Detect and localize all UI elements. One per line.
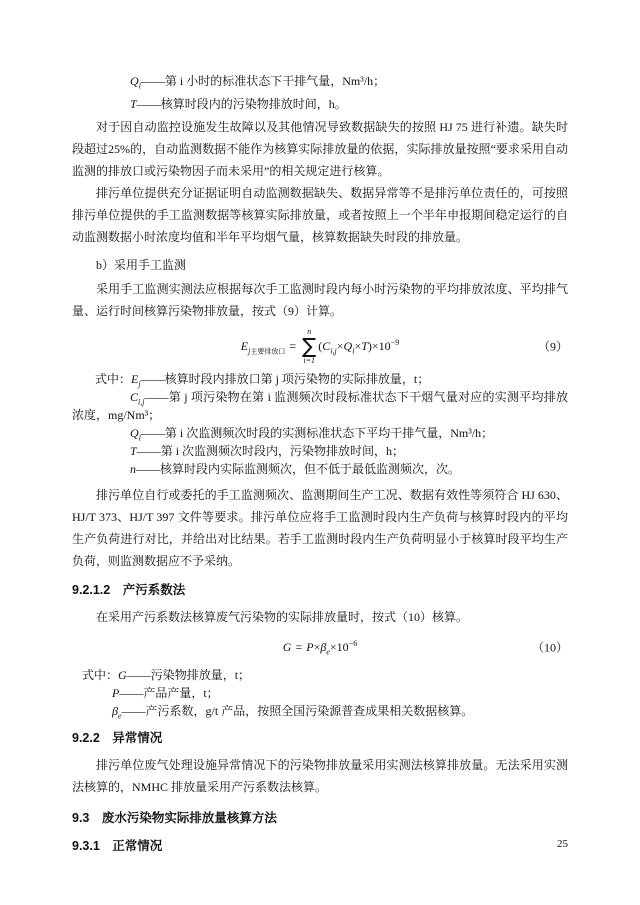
summation-symbol: n ∑ i=1	[302, 327, 316, 365]
var-symbol-T: T	[361, 339, 368, 353]
definition-line-cij: Ci,j——第 j 项污染物在第 i 监测频次时段标准状态下干烟气量对应的实测平…	[72, 388, 568, 424]
definition-text: ——核算时段内排放口第 j 项污染物的实际排放量，t；	[141, 372, 430, 386]
formula-10: G=P×βe×10−6 （10）	[72, 634, 568, 660]
definition-text: ——第 i 小时的标准状态下干排气量，Nm³/h；	[141, 74, 385, 88]
paragraph-manual-monitoring-requirements: 排污单位自行或委托的手工监测频次、监测期间生产工况、数据有效性等须符合 HJ 6…	[72, 484, 568, 572]
var-symbol-G: G	[118, 668, 127, 682]
paragraph-manual-method-intro: 采用手工监测实测法应根据每次手工监测时段内每小时污染物的平均排放浓度、平均排气量…	[72, 278, 568, 322]
definition-text: ——第 j 项污染物在第 i 监测频次时段标准状态下干烟气量对应的实测平均排放浓…	[72, 390, 568, 422]
equals-sign: =	[291, 640, 306, 654]
definition-text: ——核算时段内的污染物排放时间，h。	[137, 97, 347, 111]
var-symbol-Q: Q	[130, 74, 139, 88]
var-symbol-Q: Q	[130, 426, 139, 440]
var-symbol-C: C	[130, 390, 138, 404]
equals-sign: =	[285, 339, 300, 354]
definition-text: ——产污系数，g/t 产品，按照全国污染源普查成果相关数据核算。	[122, 704, 474, 718]
definition-line-p: P——产品产量，t；	[72, 684, 568, 702]
formula-number-9: （9）	[538, 338, 568, 355]
times-sign: ×	[337, 339, 344, 353]
var-symbol-P: P	[306, 640, 313, 654]
definition-line-t: T——核算时段内的污染物排放时间，h。	[72, 93, 568, 116]
formula-9-terms: (Ci,j×Qi×T)×10−9	[318, 339, 399, 354]
exponent: −9	[391, 338, 400, 347]
where-label: 式中：	[95, 372, 131, 386]
formula-9: Ej主要排放口 = n ∑ i=1 (Ci,j×Qi×T)×10−9 （9）	[72, 326, 568, 366]
var-symbol-T: T	[130, 97, 137, 111]
definition-line-ej: 式中：Ej——核算时段内排放口第 j 项污染物的实际排放量，t；	[72, 370, 568, 388]
exponent: −6	[349, 639, 358, 648]
heading-9-3: 9.3 废水污染物实际排放量核算方法	[72, 808, 568, 828]
formula-10-terms: G=P×βe×10−6	[283, 640, 357, 655]
page-number: 25	[557, 838, 568, 850]
definition-line-g: 式中：G——污染物排放量，t；	[72, 666, 568, 684]
var-subscript-main-outlet: 主要排放口	[250, 347, 285, 355]
formula-tail: ×10	[330, 640, 349, 654]
definition-text: ——污染物排放量，t；	[127, 668, 250, 682]
definition-text: ——产品产量，t；	[119, 686, 218, 700]
definition-line-qi: Qi——第 i 小时的标准状态下干排气量，Nm³/h；	[72, 70, 568, 93]
definition-line-t: T——第 i 次监测频次时段内，污染物排放时间，h；	[72, 442, 568, 460]
formula-9-definitions: 式中：Ej——核算时段内排放口第 j 项污染物的实际排放量，t； Ci,j——第…	[72, 370, 568, 478]
sum-lower-limit: i=1	[303, 356, 315, 365]
definition-text: ——第 i 次监测频次时段内，污染物排放时间，h；	[137, 444, 404, 458]
paragraph-evidence-manual-data: 排污单位提供充分证据证明自动监测数据缺失、数据异常等不是排污单位责任的，可按照排…	[72, 182, 568, 248]
formula-10-definitions: 式中：G——污染物排放量，t； P——产品产量，t； βe——产污系数，g/t …	[72, 666, 568, 720]
definition-line-n: n——核算时段内实际监测频次，但不低于最低监测频次，次。	[72, 460, 568, 478]
heading-9-2-1-2: 9.2.1.2 产污系数法	[72, 580, 568, 600]
definition-line-beta: βe——产污系数，g/t 产品，按照全国污染源普查成果相关数据核算。	[72, 702, 568, 720]
where-label: 式中：	[82, 668, 118, 682]
definition-text: ——第 i 次监测频次时段的实测标准状态下平均干排气量，Nm³/h；	[141, 426, 493, 440]
paragraph-data-gap-hj75: 对于因自动监控设施发生故障以及其他情况导致数据缺失的按照 HJ 75 进行补遗。…	[72, 116, 568, 182]
formula-tail: )×10	[368, 339, 391, 353]
sigma-icon: ∑	[302, 336, 316, 356]
formula-9-lhs: Ej主要排放口	[241, 339, 286, 354]
paragraph-abnormal-conditions: 排污单位废气处理设施异常情况下的污染物排放量采用实测法核算排放量。无法采用实测法…	[72, 754, 568, 798]
list-item-b-manual-monitoring: b）采用手工监测	[72, 254, 568, 276]
heading-9-3-1: 9.3.1 正常情况	[72, 836, 568, 856]
var-symbol-T: T	[130, 444, 137, 458]
formula-number-10: （10）	[532, 639, 568, 656]
document-page: Qi——第 i 小时的标准状态下干排气量，Nm³/h； T——核算时段内的污染物…	[0, 0, 640, 905]
definition-line-qi: Qi——第 i 次监测频次时段的实测标准状态下平均干排气量，Nm³/h；	[72, 424, 568, 442]
definition-text: ——核算时段内实际监测频次，但不低于最低监测频次，次。	[136, 462, 460, 476]
var-symbol-Q: Q	[344, 339, 353, 353]
heading-9-2-2: 9.2.2 异常情况	[72, 728, 568, 748]
paragraph-coefficient-method-intro: 在采用产污系数法核算废气污染物的实际排放量时，按式（10）核算。	[72, 606, 568, 628]
